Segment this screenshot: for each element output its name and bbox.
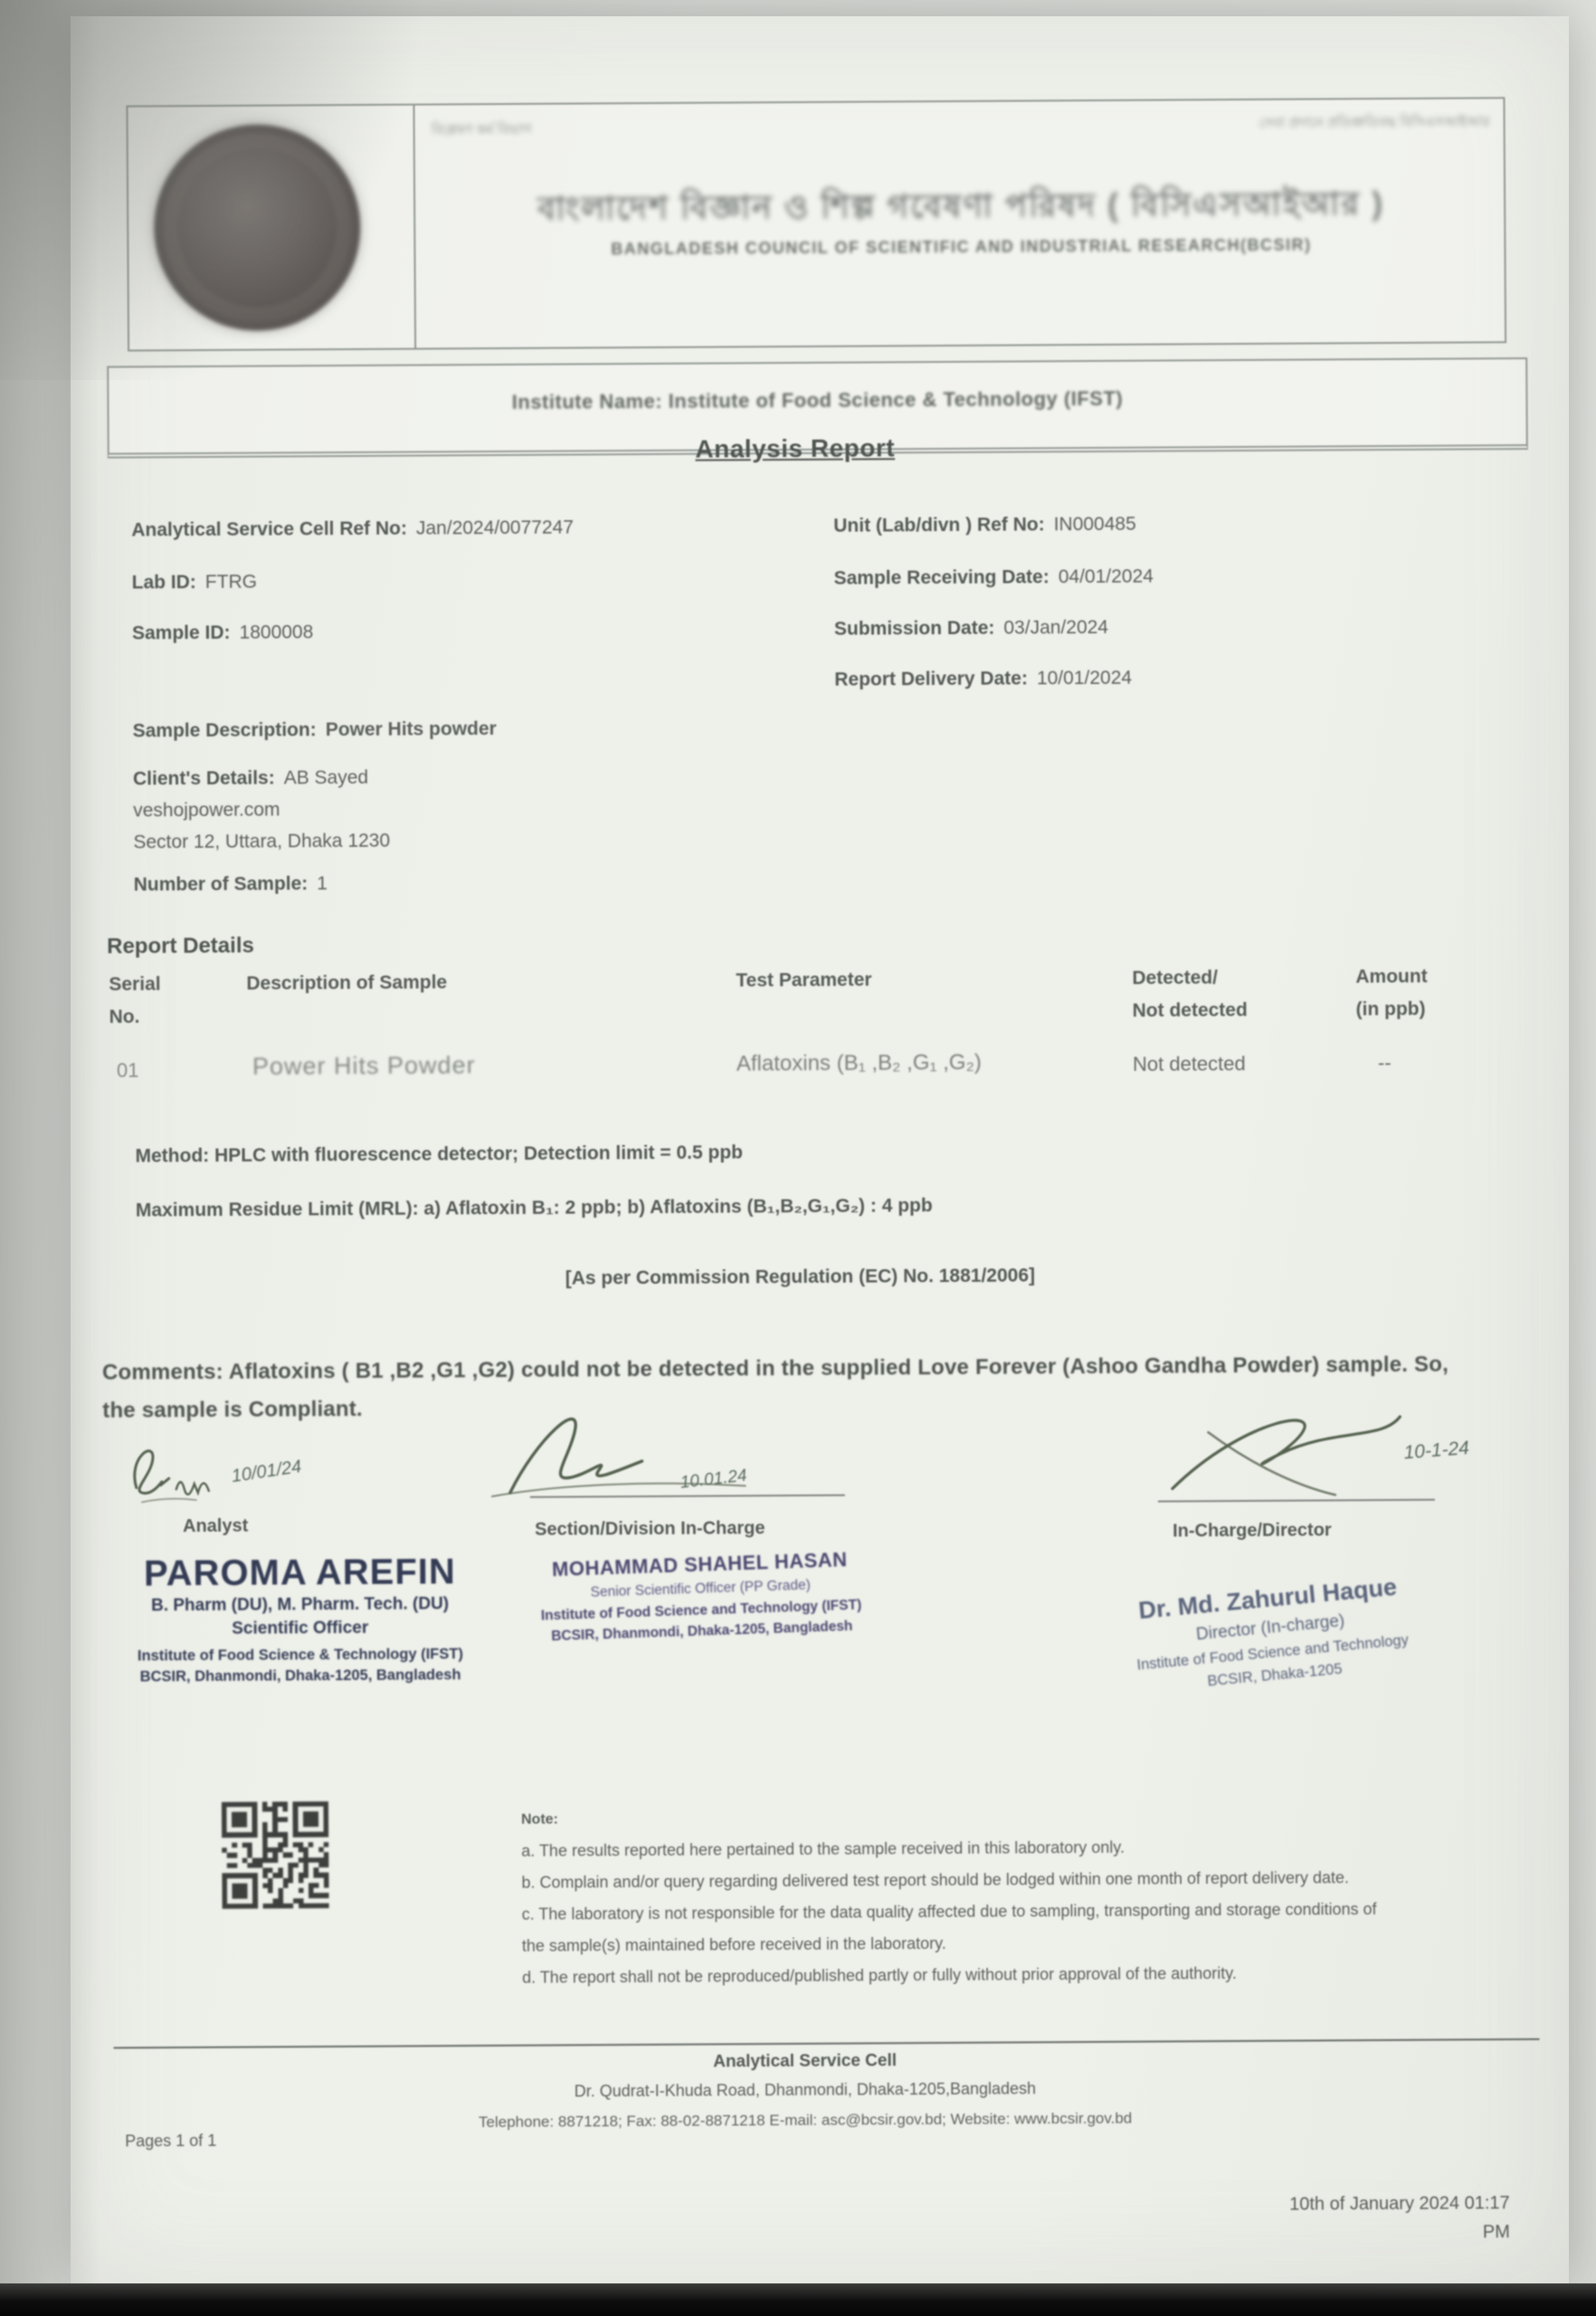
note-heading: Note: [521,1799,1385,1836]
ref-asc-no: Analytical Service Cell Ref No:Jan/2024/… [131,517,574,542]
qr-code [222,1801,329,1909]
row-amount: -- [1378,1051,1392,1075]
row-serial: 01 [117,1058,139,1082]
row-parameter: Aflatoxins (B₁ ,B₂ ,G₁ ,G₂) [736,1050,982,1077]
institute-name: Institute Name: Institute of Food Scienc… [109,384,1525,417]
ref-delivery-date: Report Delivery Date:10/01/2024 [834,668,1132,691]
footer-unit-name: Analytical Service Cell [7,2047,1596,2077]
ref-sample-id-label: Sample ID: [132,622,231,644]
sample-count-label: Number of Sample: [134,873,309,895]
col-detected-1: Detected/ [1132,967,1218,990]
analyst-label: Analyst [183,1516,248,1537]
note-item-b: b. Complain and/or query regarding deliv… [521,1862,1385,1899]
letterhead-box: বিশ্লেষণ কর্ম বিভাগ সেবা প্রদানে প্রতিশ্… [126,97,1506,351]
ref-receiving-date-label: Sample Receiving Date: [834,566,1050,588]
ref-submission-date: Submission Date:03/Jan/2024 [834,617,1108,641]
section-incharge-signature [473,1400,773,1515]
bcsir-round-seal-icon [154,124,361,331]
page-title: Analysis Report [524,432,1067,465]
ref-lab-id: Lab ID:FTRG [132,572,257,594]
regulation-line: [As per Commission Regulation (EC) No. 1… [438,1265,1162,1291]
footer-divider [114,2038,1540,2049]
ref-lab-id-value: FTRG [205,572,257,593]
footer-contact: Telephone: 8871218; Fax: 88-02-8871218 E… [7,2107,1596,2135]
method-line: Method: HPLC with fluorescence detector;… [135,1142,743,1167]
director-label: In-Charge/Director [1173,1520,1332,1542]
ref-unit-no: Unit (Lab/divn ) Ref No:IN000485 [833,514,1136,537]
sample-count-value: 1 [317,873,328,894]
ref-unit-no-value: IN000485 [1054,514,1136,536]
row-description: Power Hits Powder [252,1051,476,1081]
analyst-stamp: PAROMA AREFIN B. Pharm (DU), M. Pharm. T… [105,1551,495,1688]
ref-sample-id: Sample ID:1800008 [132,622,313,644]
ref-delivery-date-label: Report Delivery Date: [834,668,1028,689]
client-address: Sector 12, Uttara, Dhaka 1230 [133,831,390,854]
sample-description-value: Power Hits powder [326,718,497,740]
section-incharge-stamp: MOHAMMAD SHAHEL HASAN Senior Scientific … [496,1544,906,1648]
table-row: 01 Power Hits Powder Aflatoxins (B₁ ,B₂ … [0,0,1591,5]
analyst-stamp-designation: Scientific Officer [106,1616,495,1641]
note-item-d: d. The report shall not be reproduced/pu… [522,1957,1386,1994]
col-description: Description of Sample [246,972,447,994]
section-incharge-label: Section/Division In-Charge [535,1518,765,1541]
dept-note-right: সেবা প্রদানে প্রতিশ্রুতিবদ্ধ বিসিএসআইআর [1065,111,1490,137]
dept-note-left: বিশ্লেষণ কর্ম বিভাগ [432,119,532,143]
ref-asc-no-value: Jan/2024/0077247 [416,517,574,539]
ref-submission-date-label: Submission Date: [834,618,995,640]
print-timestamp-date: 10th of January 2024 01:17 [1003,2188,1510,2220]
ref-unit-no-label: Unit (Lab/divn ) Ref No: [833,514,1044,536]
scan-bottom-edge [0,2283,1596,2316]
page-number: Pages 1 of 1 [125,2131,216,2151]
seal-cell [128,106,416,350]
sample-count: Number of Sample:1 [134,873,328,896]
analyst-stamp-name: PAROMA AREFIN [105,1551,494,1595]
col-detected-2: Not detected [1133,1000,1248,1022]
ref-receiving-date-value: 04/01/2024 [1059,566,1154,588]
col-serial-1: Serial [109,973,160,995]
ref-sample-id-value: 1800008 [239,622,313,642]
client-org: veshojpower.com [133,799,280,821]
col-amount-2: (in ppb) [1356,999,1426,1020]
col-parameter: Test Parameter [736,970,871,992]
ref-submission-date-value: 03/Jan/2024 [1003,617,1108,639]
sample-description-label: Sample Description: [133,719,317,741]
client-details: Client's Details:AB Sayed [133,767,368,791]
note-section: Note: a. The results reported here perta… [521,1799,1386,1994]
mrl-line: Maximum Residue Limit (MRL): a) Aflatoxi… [136,1195,933,1221]
director-signature [1145,1400,1426,1511]
analyst-stamp-degree: B. Pharm (DU), M. Pharm. Tech. (DU) [105,1592,494,1618]
note-item-c: c. The laboratory is not responsible for… [522,1894,1386,1962]
ref-receiving-date: Sample Receiving Date:04/01/2024 [834,566,1154,590]
analyst-stamp-address: BCSIR, Dhanmondi, Dhaka-1205, Bangladesh [106,1665,495,1688]
col-amount-1: Amount [1355,966,1427,988]
document-content: বিশ্লেষণ কর্ম বিভাগ সেবা প্রদানে প্রতিশ্… [0,0,1596,2316]
ref-lab-id-label: Lab ID: [132,572,196,593]
ref-delivery-date-value: 10/01/2024 [1037,668,1132,689]
analyst-stamp-institute: Institute of Food Science & Technology (… [106,1644,495,1667]
report-details-heading: Report Details [107,934,254,960]
row-detected: Not detected [1133,1052,1246,1077]
note-item-a: a. The results reported here pertained t… [521,1830,1385,1867]
director-stamp: Dr. Md. Zahurul Haque Director (In-charg… [1063,1563,1478,1705]
sample-description: Sample Description:Power Hits powder [133,718,497,742]
ref-asc-no-label: Analytical Service Cell Ref No: [131,518,407,541]
org-name-bengali: বাংলাদেশ বিজ্ঞান ও শিল্প গবেষণা পরিষদ ( … [427,178,1495,239]
client-details-label: Client's Details: [133,768,275,790]
print-timestamp: 10th of January 2024 01:17 PM [1003,2188,1510,2249]
col-serial-2: No. [109,1006,140,1028]
footer-address: Dr. Qudrat-I-Khuda Road, Dhanmondi, Dhak… [7,2076,1596,2105]
client-name: AB Sayed [284,767,369,789]
org-name-english: BANGLADESH COUNCIL OF SCIENTIFIC AND IND… [427,234,1495,260]
director-signature-date: 10-1-24 [1403,1438,1470,1464]
print-timestamp-meridiem: PM [1003,2217,1510,2249]
